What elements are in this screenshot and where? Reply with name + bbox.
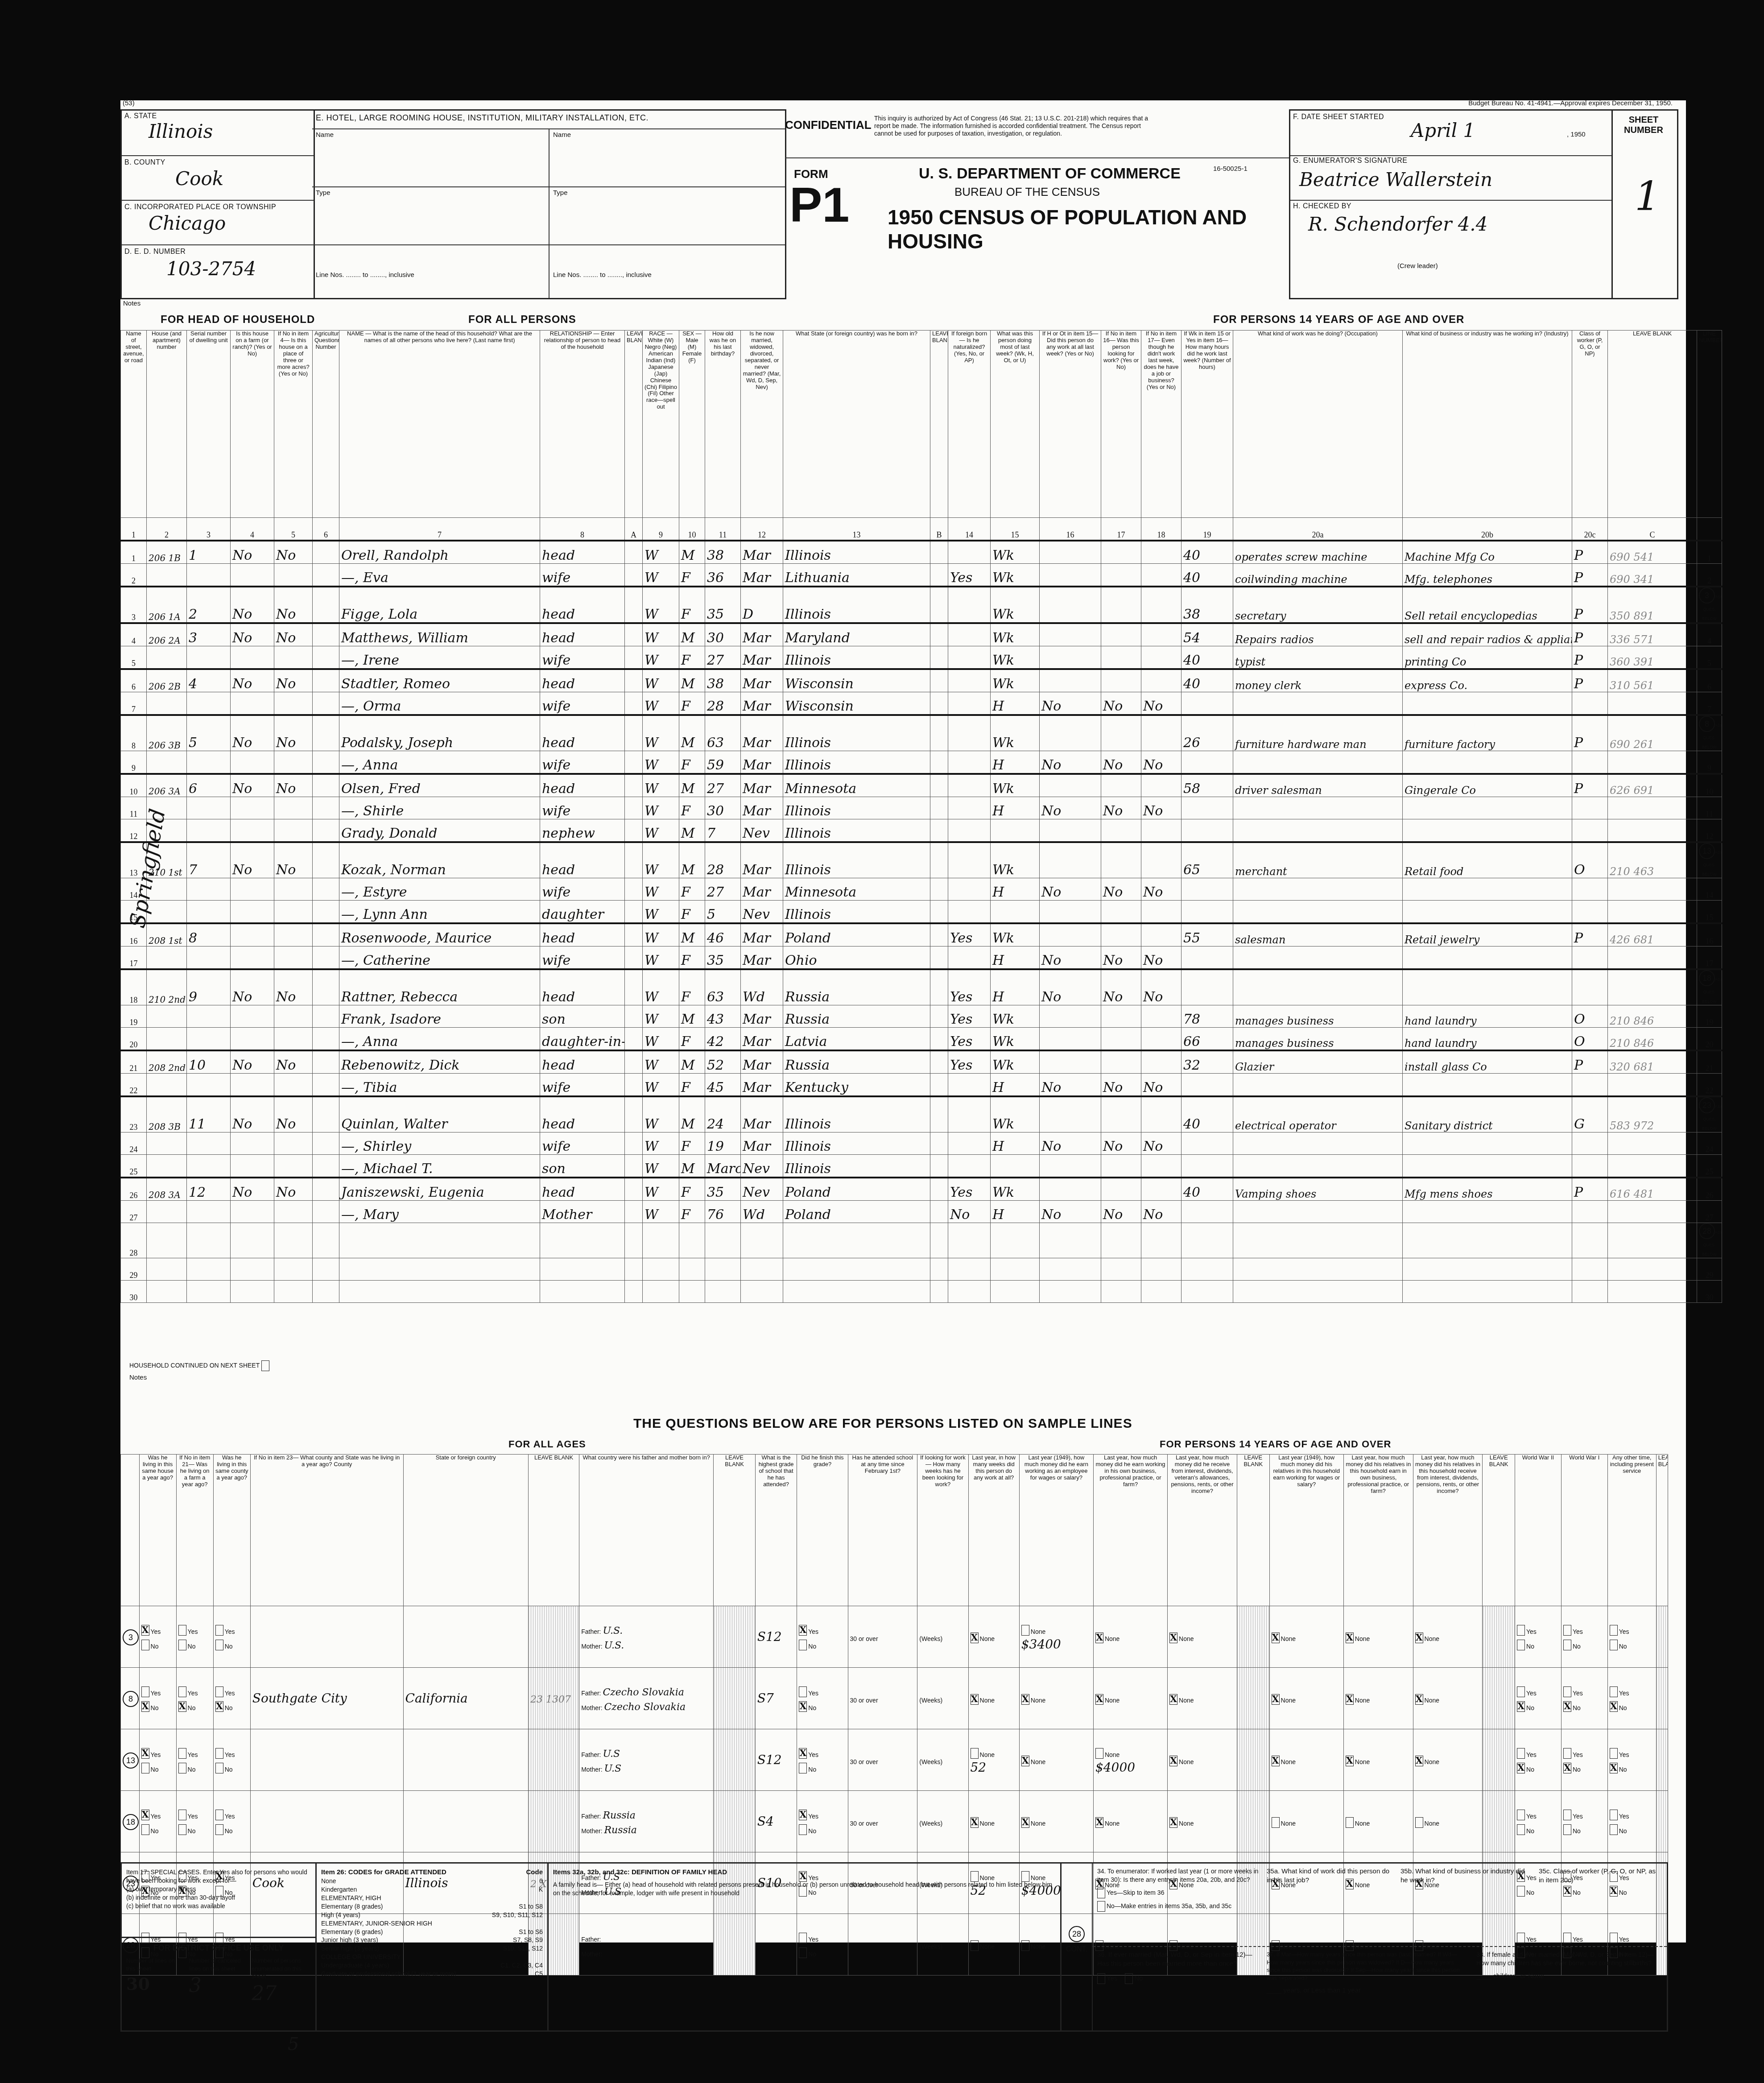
cont-line-marker: 28 xyxy=(1069,1926,1085,1942)
leave-blank-cell xyxy=(930,1005,948,1028)
leave-blank-cell xyxy=(930,969,948,1005)
cell-sex: M xyxy=(679,1155,705,1178)
checkbox[interactable]: X xyxy=(1272,1633,1280,1643)
checkbox[interactable] xyxy=(141,1824,149,1835)
cell-c16 xyxy=(1040,541,1101,564)
grade-code-row: High (4 years)S9, S10, S11, S12 xyxy=(321,1911,543,1919)
sample-line-marker: 13 xyxy=(123,1752,139,1769)
family-head-title: Items 32a, 32b, and 32c: DEFINITION OF F… xyxy=(553,1868,1056,1877)
checkbox[interactable] xyxy=(178,1686,186,1697)
sample-cell xyxy=(1656,1668,1668,1729)
checkbox[interactable] xyxy=(971,1748,979,1759)
checkbox[interactable]: X xyxy=(215,1701,223,1712)
q36-no-checkbox[interactable] xyxy=(1125,1973,1133,1984)
cell-ind: hand laundry xyxy=(1403,1028,1572,1051)
cell-hrs: 78 xyxy=(1182,1005,1233,1028)
table-row: 21208 2nd10NoNoRebenowitz, DickheadWM52M… xyxy=(121,1050,1722,1074)
cell-c18 xyxy=(1141,923,1182,946)
cell-act: Wk xyxy=(991,623,1040,646)
checkbox[interactable]: X xyxy=(1415,1756,1423,1766)
checkbox[interactable]: X xyxy=(141,1748,149,1759)
checkbox[interactable]: X xyxy=(1415,1694,1423,1705)
checkbox[interactable] xyxy=(1517,1625,1525,1636)
q37: 37. If Mar—How many years since this per… xyxy=(1267,1951,1467,1995)
cell-act xyxy=(991,1223,1040,1258)
cell-c18 xyxy=(1141,715,1182,751)
checkbox[interactable]: X xyxy=(1563,1763,1571,1773)
grade-code-label: Elementary (8 grades) xyxy=(321,1902,383,1911)
checkbox[interactable] xyxy=(799,1824,807,1835)
checkbox[interactable]: X xyxy=(971,1694,979,1705)
cell-cls xyxy=(1572,1155,1608,1178)
line-number: 6 xyxy=(121,669,147,692)
q34-yes-checkbox[interactable] xyxy=(1097,1888,1105,1898)
q34-no-checkbox[interactable] xyxy=(1097,1901,1105,1912)
table-row: 3206 1A2NoNoFigge, LolaheadWF35DIllinois… xyxy=(121,587,1722,623)
institution-box: e. HOTEL, LARGE ROOMING HOUSE, INSTITUTI… xyxy=(312,109,786,299)
checkbox[interactable]: X xyxy=(1095,1694,1103,1705)
father-birthplace: Russia xyxy=(603,1810,635,1821)
cell-ind: Retail jewelry xyxy=(1403,923,1572,946)
cell-rel: head xyxy=(540,715,625,751)
cell-cls: P xyxy=(1572,564,1608,587)
checkbox[interactable]: X xyxy=(1272,1756,1280,1766)
cell-code: 690 261 xyxy=(1608,715,1697,751)
q36-yes-label: Yes xyxy=(1107,1974,1117,1982)
checkbox[interactable]: X xyxy=(1169,1633,1177,1643)
leave-blank-cell xyxy=(313,946,339,970)
checkbox[interactable] xyxy=(1563,1686,1571,1697)
q35c-text: 35c. Class of worker (P, G, O, or NP, as… xyxy=(1539,1867,1659,1885)
cont-label: CONT. xyxy=(1062,1945,1092,1955)
cell-serial xyxy=(187,646,231,670)
checkbox[interactable] xyxy=(178,1640,186,1650)
checkbox[interactable] xyxy=(1563,1640,1571,1650)
leave-blank-cell xyxy=(930,819,948,843)
sample-cell: YesXNo xyxy=(1607,1668,1656,1729)
checkbox[interactable] xyxy=(215,1640,223,1650)
col-num: 14 xyxy=(948,518,991,541)
form-title-block: CONFIDENTIAL This inquiry is authorized … xyxy=(785,109,1289,306)
checkbox[interactable] xyxy=(1346,1817,1354,1828)
checkbox[interactable]: X xyxy=(1021,1694,1029,1705)
cell-serial xyxy=(187,1281,231,1303)
checkbox[interactable]: X xyxy=(1610,1701,1618,1712)
checkbox[interactable] xyxy=(178,1625,186,1636)
column-header-row: Name of street, avenue, or road House (a… xyxy=(121,331,1722,518)
checkbox[interactable] xyxy=(1610,1810,1618,1820)
checkbox[interactable] xyxy=(1610,1686,1618,1697)
checkbox[interactable]: X xyxy=(1169,1756,1177,1766)
checkbox[interactable] xyxy=(1563,1810,1571,1820)
col-header-13: What State (or foreign country) was he b… xyxy=(783,331,930,518)
cell-rel xyxy=(540,1281,625,1303)
checkbox[interactable] xyxy=(1563,1625,1571,1636)
checkbox[interactable] xyxy=(141,1640,149,1650)
checkbox[interactable] xyxy=(1272,1817,1280,1828)
lines-count-label: Number of lines on this sheet xyxy=(126,1957,186,1972)
line-number-right: 4 xyxy=(1697,623,1722,646)
checkbox[interactable]: X xyxy=(971,1633,979,1643)
checkbox[interactable] xyxy=(1610,1640,1618,1650)
cell-act: Wk xyxy=(991,715,1040,751)
leave-blank-cell xyxy=(930,1096,948,1132)
cell-race: W xyxy=(643,1028,679,1051)
cell-cls: P xyxy=(1572,774,1608,797)
business-income: 4000 xyxy=(1103,1760,1135,1775)
sample-cell: XNone xyxy=(1168,1606,1237,1668)
checkbox[interactable] xyxy=(178,1748,186,1759)
cell-serial: 2 xyxy=(187,587,231,623)
cell-hrs xyxy=(1182,878,1233,901)
sample-cell xyxy=(1656,1791,1668,1852)
checkbox[interactable] xyxy=(178,1763,186,1773)
checkbox[interactable] xyxy=(178,1810,186,1820)
cell-code xyxy=(1608,1132,1697,1155)
cell-c18: No xyxy=(1141,969,1182,1005)
leave-blank-cell xyxy=(930,1281,948,1303)
checkbox[interactable]: X xyxy=(1021,1756,1029,1766)
cell-occ: manages business xyxy=(1233,1005,1403,1028)
sample-cell xyxy=(403,1729,528,1791)
leave-blank-cell xyxy=(625,646,643,670)
grade-code-row: KindergartenK xyxy=(321,1885,543,1894)
checkbox[interactable] xyxy=(1021,1625,1029,1636)
continuation-box: 28 CONT. 34. To enumerator: If worked la… xyxy=(1062,1862,1668,2032)
cell-born: Russia xyxy=(783,969,930,1005)
cell-mar: Nev xyxy=(741,1178,783,1201)
cell-serial xyxy=(187,692,231,715)
leave-blank-cell xyxy=(625,564,643,587)
checkbox[interactable]: X xyxy=(141,1625,149,1636)
checkbox[interactable]: X xyxy=(1095,1633,1103,1643)
cell-c16: No xyxy=(1040,1074,1101,1097)
checkbox[interactable]: X xyxy=(1517,1701,1525,1712)
checkbox[interactable] xyxy=(215,1686,223,1697)
cell-c16 xyxy=(1040,819,1101,843)
cell-occ xyxy=(1233,969,1403,1005)
checkbox[interactable]: X xyxy=(1517,1763,1525,1773)
cell-mar: Wd xyxy=(741,969,783,1005)
sample-cell xyxy=(1237,1791,1269,1852)
checkbox[interactable]: X xyxy=(799,1701,807,1712)
cell-occ xyxy=(1233,1201,1403,1223)
cell-serial xyxy=(187,1005,231,1028)
cell-race: W xyxy=(643,797,679,819)
sample-col-24b: State or foreign country xyxy=(403,1455,528,1606)
cell-code: 360 391 xyxy=(1608,646,1697,670)
leave-blank-cell xyxy=(625,1178,643,1201)
column-number-row: 1 2 3 4 5 6 7 8 A 9 10 11 12 13 B 14 15 … xyxy=(121,518,1722,541)
sample-cell xyxy=(1483,1668,1515,1729)
cell-code xyxy=(1608,1201,1697,1223)
col-num: 17 xyxy=(1101,518,1141,541)
sample-cell: Father: Czecho SlovakiaMother: Czecho Sl… xyxy=(579,1668,714,1729)
cell-nat: Yes xyxy=(948,1050,991,1074)
cell-ind: furniture factory xyxy=(1403,715,1572,751)
line-number: 27 xyxy=(121,1201,147,1223)
cell-name: —, Anna xyxy=(339,751,540,774)
table-row: 2929 xyxy=(121,1258,1722,1281)
cell-sex xyxy=(679,1258,705,1281)
checkbox[interactable] xyxy=(1095,1748,1103,1759)
line-number: 11 xyxy=(121,797,147,819)
cell-nat xyxy=(948,646,991,670)
checkbox[interactable] xyxy=(141,1763,149,1773)
cell-acres xyxy=(274,901,313,924)
sample-col-26: What is the highest grade of school that… xyxy=(755,1455,797,1606)
checkbox[interactable]: X xyxy=(1610,1763,1618,1773)
institution-name-label-2: Name xyxy=(553,131,571,139)
sample-cell: YesXNo xyxy=(797,1668,848,1729)
sample-cell: XNone xyxy=(1343,1606,1413,1668)
grade-codes-box: Item 26: CODES for GRADE ATTENDEDCode No… xyxy=(317,1862,549,2032)
school-attended: 30 or over xyxy=(850,1697,878,1704)
cell-house xyxy=(147,1155,187,1178)
checkbox[interactable] xyxy=(215,1824,223,1835)
cell-act: Wk xyxy=(991,1028,1040,1051)
cell-cls xyxy=(1572,1132,1608,1155)
checkbox[interactable]: X xyxy=(1169,1817,1177,1828)
cell-race: W xyxy=(643,1132,679,1155)
cell-house: 206 1B xyxy=(147,541,187,564)
checkbox[interactable]: X xyxy=(141,1701,149,1712)
leave-blank-cell xyxy=(930,646,948,670)
sample-persons-14-title: FOR PERSONS 14 YEARS OF AGE AND OVER xyxy=(1160,1438,1391,1450)
checkbox[interactable] xyxy=(1517,1686,1525,1697)
sample-cell: YesXNo xyxy=(1515,1729,1562,1791)
col-header-17: If No in item 16— Was this person lookin… xyxy=(1101,331,1141,518)
checkbox[interactable]: X xyxy=(971,1817,979,1828)
checkbox[interactable] xyxy=(1517,1640,1525,1650)
cell-mar: Mar xyxy=(741,1132,783,1155)
cell-code xyxy=(1608,1074,1697,1097)
col-num: 11 xyxy=(705,518,741,541)
cell-cls xyxy=(1572,1281,1608,1303)
cell-acres: No xyxy=(274,1178,313,1201)
leave-blank-cell xyxy=(930,1178,948,1201)
cell-c16 xyxy=(1040,1223,1101,1258)
sample-col-31c: Last year, how much money did he receive… xyxy=(1168,1455,1237,1606)
checkbox[interactable]: X xyxy=(1563,1701,1571,1712)
cell-race xyxy=(643,1223,679,1258)
checkbox[interactable] xyxy=(215,1810,223,1820)
col-num: B xyxy=(930,518,948,541)
checkbox[interactable] xyxy=(799,1640,807,1650)
checkbox[interactable] xyxy=(1563,1824,1571,1835)
cell-sex: F xyxy=(679,1028,705,1051)
cell-ind: printing Co xyxy=(1403,646,1572,670)
cell-mar: Wd xyxy=(741,1201,783,1223)
cell-name: Matthews, William xyxy=(339,623,540,646)
checkbox[interactable]: X xyxy=(1095,1817,1103,1828)
col-num: 16 xyxy=(1040,518,1101,541)
line-number-right: 3ASK QUES. BELOW xyxy=(1697,587,1722,623)
checkbox[interactable]: X xyxy=(1021,1817,1029,1828)
col-header-9: RACE — White (W) Negro (Neg) American In… xyxy=(643,331,679,518)
cell-serial: 10 xyxy=(187,1050,231,1074)
table-row: 20—, Annadaughter-in-lawWF42MarLatviaYes… xyxy=(121,1028,1722,1051)
leave-blank-cell xyxy=(625,623,643,646)
cell-c18: No xyxy=(1141,946,1182,970)
cell-c17 xyxy=(1101,1258,1141,1281)
cell-c17: No xyxy=(1101,1074,1141,1097)
cell-c17: No xyxy=(1101,751,1141,774)
sample-cell: XNone xyxy=(1019,1668,1093,1729)
checkbox[interactable] xyxy=(799,1763,807,1773)
cell-c17 xyxy=(1101,1223,1141,1258)
checkbox[interactable] xyxy=(1610,1824,1618,1835)
col-header-B: LEAVE BLANK xyxy=(930,331,948,518)
cell-acres xyxy=(274,1005,313,1028)
checkbox[interactable] xyxy=(1415,1817,1423,1828)
cell-hrs xyxy=(1182,969,1233,1005)
col-header-2: House (and apartment) number xyxy=(147,331,187,518)
cell-mar: Mar xyxy=(741,669,783,692)
checkbox[interactable]: X xyxy=(799,1748,807,1759)
cell-race: W xyxy=(643,1005,679,1028)
form-number: P1 xyxy=(789,181,850,230)
checkbox[interactable] xyxy=(215,1748,223,1759)
cell-code xyxy=(1608,878,1697,901)
cell-acres xyxy=(274,797,313,819)
cell-code: 583 972 xyxy=(1608,1096,1697,1132)
cell-name: —, Orma xyxy=(339,692,540,715)
cell-cls: P xyxy=(1572,669,1608,692)
col-header-3: Serial number of dwelling unit xyxy=(187,331,231,518)
sample-cell: XNone xyxy=(1269,1729,1343,1791)
cell-serial: 12 xyxy=(187,1178,231,1201)
checkbox[interactable] xyxy=(1610,1625,1618,1636)
cell-rel: wife xyxy=(540,751,625,774)
cell-farm xyxy=(231,1281,274,1303)
checkbox[interactable]: X xyxy=(178,1701,186,1712)
checkbox[interactable]: X xyxy=(1415,1633,1423,1643)
sample-cell: XNone xyxy=(1343,1729,1413,1791)
cell-farm: No xyxy=(231,669,274,692)
checkbox[interactable] xyxy=(799,1686,807,1697)
sample-cell: None xyxy=(1413,1791,1483,1852)
sample-cell: XNone xyxy=(1413,1606,1483,1668)
line-number: 4 xyxy=(121,623,147,646)
cell-hrs: 54 xyxy=(1182,623,1233,646)
line-number-right: 25 xyxy=(1697,1155,1722,1178)
leave-blank-cell xyxy=(313,623,339,646)
q38: 38. If female and ever married (Mar, Wd,… xyxy=(1476,1951,1659,1981)
checkbox[interactable] xyxy=(178,1824,186,1835)
cell-name: —, Eva xyxy=(339,564,540,587)
checkbox[interactable]: X xyxy=(1346,1694,1354,1705)
cell-act: H xyxy=(991,969,1040,1005)
checkbox[interactable]: X xyxy=(799,1810,807,1820)
checkbox[interactable]: X xyxy=(1346,1756,1354,1766)
cell-ind: Retail food xyxy=(1403,842,1572,878)
cell-rel: head xyxy=(540,1096,625,1132)
cell-acres: No xyxy=(274,842,313,878)
cell-hrs xyxy=(1182,901,1233,924)
checkbox[interactable] xyxy=(1517,1824,1525,1835)
cell-acres xyxy=(274,1223,313,1258)
checkbox[interactable] xyxy=(1610,1748,1618,1759)
household-continued-checkbox[interactable] xyxy=(261,1360,269,1371)
cell-nat xyxy=(948,842,991,878)
cell-race: W xyxy=(643,541,679,564)
checkbox[interactable]: X xyxy=(141,1810,149,1820)
persons-14-title: FOR PERSONS 14 YEARS OF AGE AND OVER xyxy=(1213,314,1464,326)
cell-act: H xyxy=(991,751,1040,774)
leave-blank-cell xyxy=(625,819,643,843)
checkbox[interactable]: X xyxy=(1169,1694,1177,1705)
cell-born: Ohio xyxy=(783,946,930,970)
line-number: 19 xyxy=(121,1005,147,1028)
checkbox[interactable] xyxy=(215,1763,223,1773)
cell-c17 xyxy=(1101,1005,1141,1028)
sheet-number-label: SHEET NUMBER xyxy=(1615,115,1673,136)
checkbox[interactable] xyxy=(141,1686,149,1697)
cell-code: 690 341 xyxy=(1608,564,1697,587)
checkbox[interactable] xyxy=(1517,1748,1525,1759)
sample-row: 3XYesNoYesNoYesNoFather: U.S.Mother: U.S… xyxy=(121,1606,1668,1668)
cell-name: —, Estyre xyxy=(339,878,540,901)
grade-codes-header: Code xyxy=(526,1868,543,1877)
cell-age: 5 xyxy=(705,901,741,924)
line-number: 20 xyxy=(121,1028,147,1051)
checkbox[interactable]: X xyxy=(1346,1633,1354,1643)
special-cases-title: Item 17: SPECIAL CASES. Enter Yes also f… xyxy=(126,1868,311,1885)
sample-cell: XNone xyxy=(968,1606,1019,1668)
checkbox[interactable] xyxy=(1563,1748,1571,1759)
sample-col-28: Has he attended school at any time since… xyxy=(848,1455,917,1606)
special-cases-box: Item 17: SPECIAL CASES. Enter Yes also f… xyxy=(120,1862,317,1938)
cell-age: 36 xyxy=(705,564,741,587)
sample-cell xyxy=(528,1729,579,1791)
cell-farm: No xyxy=(231,1050,274,1074)
leave-blank-cell xyxy=(313,1178,339,1201)
cell-c17 xyxy=(1101,564,1141,587)
leave-blank-cell xyxy=(930,878,948,901)
checkbox[interactable] xyxy=(1517,1810,1525,1820)
cell-rel: head xyxy=(540,774,625,797)
cell-sex: M xyxy=(679,623,705,646)
cell-serial: 5 xyxy=(187,715,231,751)
sample-cell xyxy=(714,1729,755,1791)
col-num: 18 xyxy=(1141,518,1182,541)
leave-blank-cell xyxy=(625,1281,643,1303)
leave-blank-cell xyxy=(930,564,948,587)
leave-blank-cell xyxy=(930,1223,948,1258)
cell-acres: No xyxy=(274,1050,313,1074)
cell-ind xyxy=(1403,1281,1572,1303)
cell-house xyxy=(147,646,187,670)
checkbox[interactable] xyxy=(215,1625,223,1636)
grade-code-label: Undergraduate (4 years) xyxy=(321,1961,389,1970)
cell-born: Illinois xyxy=(783,751,930,774)
line-number-right: 19 xyxy=(1697,1005,1722,1028)
ed-number-value: 103-2754 xyxy=(166,258,256,280)
school-attended: 30 or over xyxy=(850,1635,878,1642)
cell-sex: M xyxy=(679,1096,705,1132)
q36-yes-checkbox[interactable] xyxy=(1097,1973,1105,1984)
sample-cell xyxy=(714,1791,755,1852)
cell-born: Poland xyxy=(783,1201,930,1223)
cell-farm xyxy=(231,646,274,670)
checkbox[interactable]: X xyxy=(1272,1694,1280,1705)
cell-age: 76 xyxy=(705,1201,741,1223)
col-num: C xyxy=(1608,518,1697,541)
cell-ind xyxy=(1403,878,1572,901)
lines-count-value: 30 xyxy=(126,1972,186,1995)
checkbox[interactable]: X xyxy=(799,1625,807,1636)
